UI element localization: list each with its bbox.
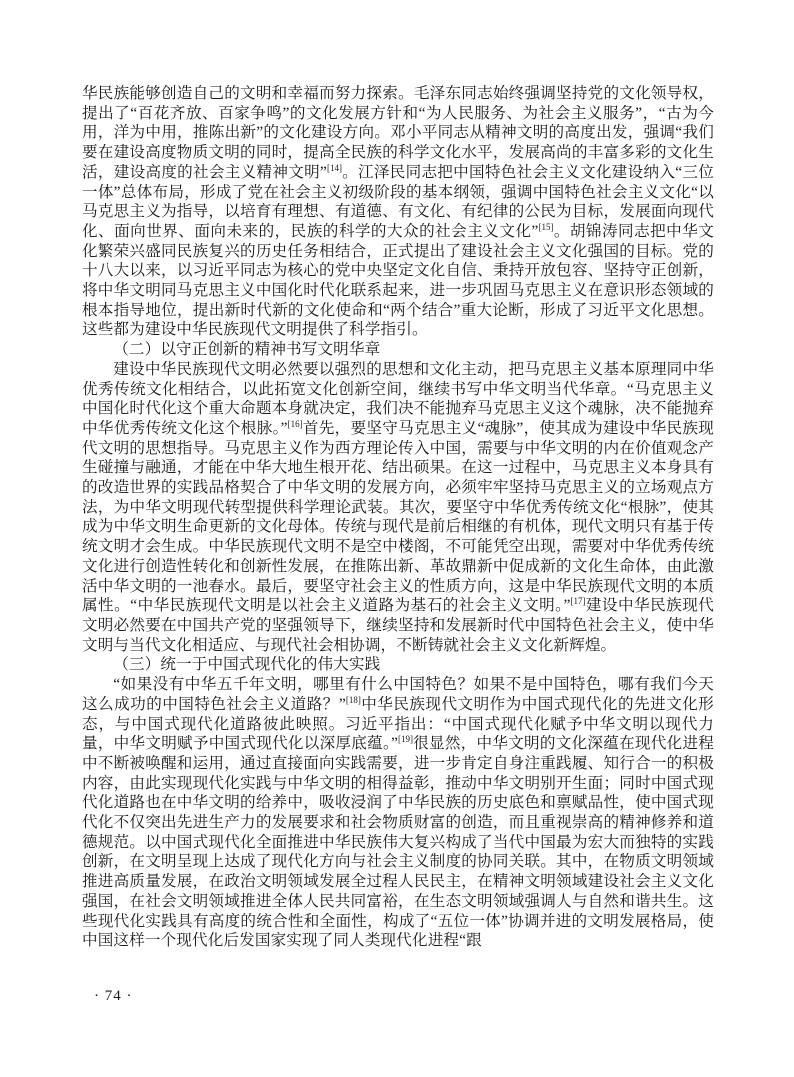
page-number: · 74 ·: [94, 988, 133, 1005]
paragraph: 建设中华民族现代文明必然要以强烈的思想和文化主动，把马克思主义基本原理同中华优秀…: [82, 360, 714, 656]
paragraph: 华民族能够创造自己的文明和幸福而努力探索。毛泽东同志始终强调坚持党的文化领导权，…: [82, 84, 714, 340]
footnote-ref: [15]: [538, 222, 553, 232]
section-heading: （三）统一于中国式现代化的伟大实践: [82, 655, 714, 675]
document-page: 华民族能够创造自己的文明和幸福而努力探索。毛泽东同志始终强调坚持党的文化领导权，…: [0, 0, 794, 1077]
text-run: 首先，要坚守马克思主义“魂脉”，使其成为建设中华民族现代文明的思想指导。马克思主…: [82, 420, 714, 614]
footnote-ref: [14]: [327, 163, 342, 173]
text-run: 。胡锦涛同志把中华文化繁荣兴盛同民族复兴的历史任务相结合，正式提出了建设社会主义…: [82, 223, 714, 339]
section-heading: （二）以守正创新的精神书写文明华章: [82, 340, 714, 360]
footnote-ref: [17]: [571, 596, 586, 606]
footnote-ref: [19]: [398, 734, 413, 744]
footnote-ref: [16]: [288, 419, 303, 429]
text-run: 很显然，中华文明的文化深蕴在现代化进程中不断被唤醒和运用，通过直接面向实践需要，…: [82, 735, 714, 949]
footnote-ref: [18]: [346, 695, 361, 705]
paragraph: “如果没有中华五千年文明，哪里有什么中国特色？如果不是中国特色，哪有我们今天这么…: [82, 675, 714, 951]
page-body-text: 华民族能够创造自己的文明和幸福而努力探索。毛泽东同志始终强调坚持党的文化领导权，…: [82, 84, 714, 951]
